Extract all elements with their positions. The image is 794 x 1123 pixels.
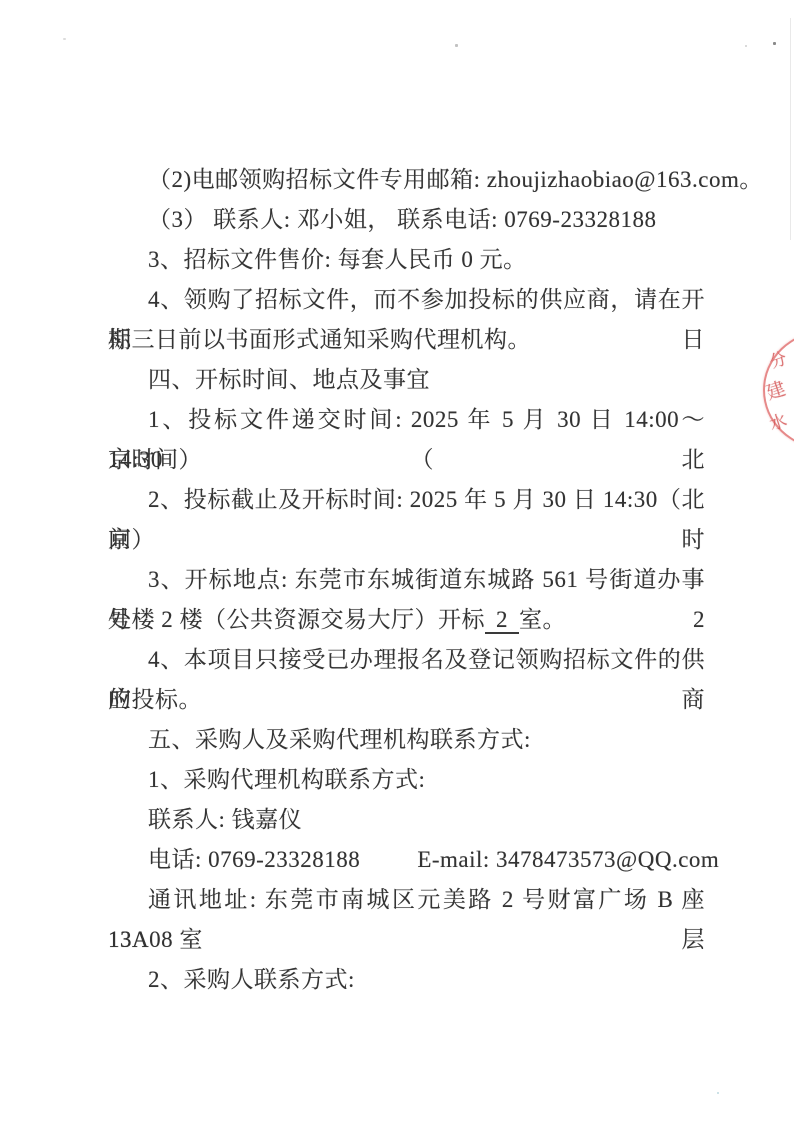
agency-email: E-mail: 3478473573@QQ.com xyxy=(417,847,719,872)
doc-line: 2、投标截止及开标时间: 2025 年 5 月 30 日 14:30（北京时 xyxy=(108,480,705,520)
doc-line: 3、开标地点: 东莞市东城街道东城路 561 号街道办事处 2 xyxy=(108,560,705,600)
doc-line-phone-email: 电话: 0769-23328188E-mail: 3478473573@QQ.c… xyxy=(108,840,705,880)
doc-line: 1、采购代理机构联系方式: xyxy=(108,760,705,800)
line-pre-text: 号楼 2 楼（公共资源交易大厅）开标 xyxy=(108,607,485,632)
scan-speck xyxy=(63,38,66,40)
scan-speck xyxy=(717,1092,719,1094)
doc-line section-heading: 四、开标时间、地点及事宜 xyxy=(108,360,705,400)
doc-line: 3、招标文件售价: 每套人民币 0 元。 xyxy=(108,240,705,280)
line-post-text: 室。 xyxy=(519,607,566,632)
doc-line: 联系人: 钱嘉仪 xyxy=(108,800,705,840)
doc-line: 通讯地址: 东莞市南城区元美路 2 号财富广场 B 座 13A 层 xyxy=(108,880,705,920)
doc-line: 1、投标文件递交时间: 2025 年 5 月 30 日 14:00～14:30（… xyxy=(108,400,705,440)
doc-line: 4、本项目只接受已办理报名及登记领购招标文件的供应商 xyxy=(108,640,705,680)
underlined-room-number: 2 xyxy=(485,607,519,634)
scan-speck xyxy=(455,44,458,47)
scan-speck xyxy=(773,42,776,45)
doc-line: （3） 联系人: 邓小姐， 联系电话: 0769-23328188 xyxy=(108,200,705,240)
doc-line: 2、采购人联系方式: xyxy=(108,960,705,1000)
agency-phone: 电话: 0769-23328188 xyxy=(148,847,360,872)
scanned-document-page: { "page": { "background": "#ffffff", "in… xyxy=(0,0,794,1123)
doc-line section-heading: 五、采购人及采购代理机构联系方式: xyxy=(108,720,705,760)
doc-line: （2)电邮领购招标文件专用邮箱: zhoujizhaobiao@163.com。 xyxy=(108,160,705,200)
scan-speck xyxy=(745,45,747,47)
scan-edge-line xyxy=(790,18,791,240)
doc-line: 4、领购了招标文件，而不参加投标的供应商，请在开标日 xyxy=(108,280,705,320)
document-text-block: （2)电邮领购招标文件专用邮箱: zhoujizhaobiao@163.com。… xyxy=(108,160,705,1000)
